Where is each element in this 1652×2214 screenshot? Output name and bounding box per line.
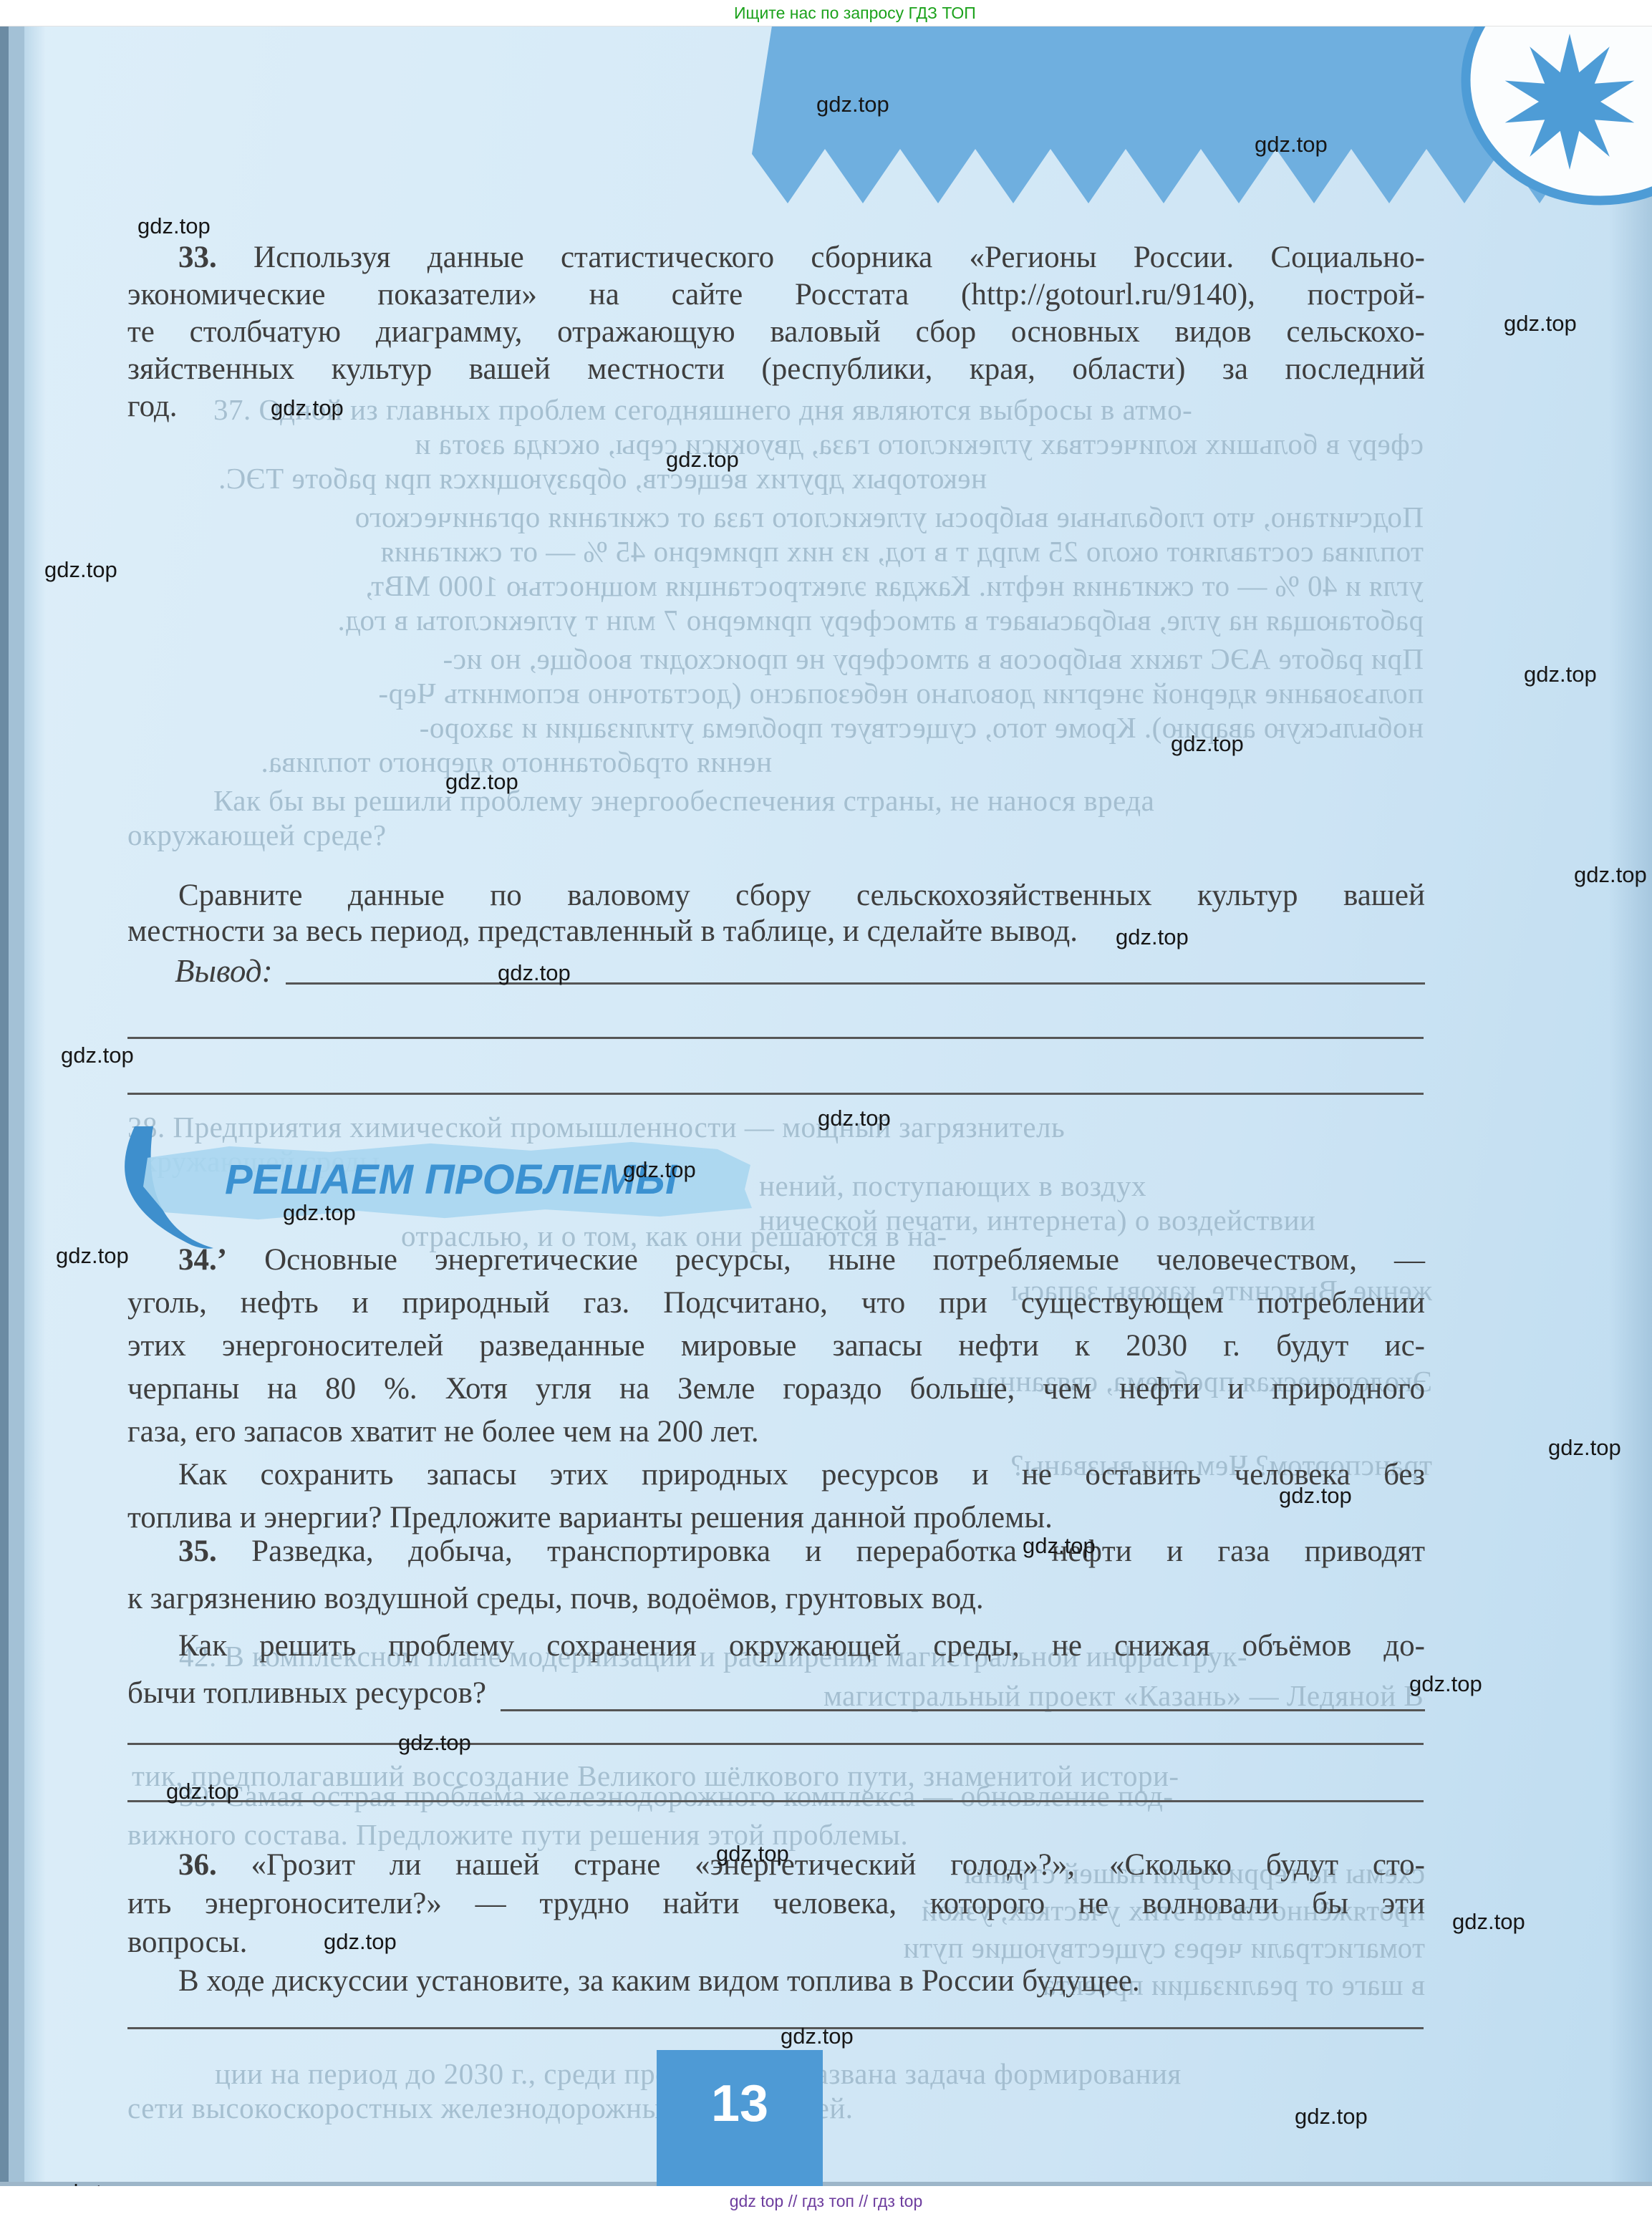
footer-note: gdz top // гдз топ // гдз top	[730, 2192, 923, 2211]
paper-sheet: 37. Одной из главных проблем сегодняшнег…	[0, 26, 1652, 2186]
text-line: этих энергоносителей разведанные мировые…	[127, 1325, 1425, 1368]
answer-line	[127, 1800, 1424, 1802]
watermark: gdz.top	[1504, 311, 1577, 337]
watermark: gdz.top	[271, 395, 344, 421]
text-line: Как сохранить запасы этих природных ресу…	[127, 1454, 1425, 1497]
text-line: 35. Разведка, добыча, транспортировка и …	[127, 1528, 1425, 1575]
text-line: газа, его запасов хватит не более чем на…	[127, 1411, 1425, 1454]
watermark: gdz.top	[1255, 132, 1328, 158]
show-through-text: нений, поступающих в воздух	[759, 1169, 1432, 1203]
show-through-text: пользование ядерной энергии довольно неб…	[127, 676, 1424, 710]
show-through-text: некоторых других веществ, образующихся п…	[127, 461, 987, 496]
page-number: 13	[711, 2074, 768, 2133]
text-line: 33. Используя данные статистического сбо…	[127, 239, 1425, 276]
show-through-text: угля и 40 % — от сжигания нефти. Каждая …	[127, 569, 1424, 603]
text-line: к загрязнению воздушной среды, почв, вод…	[127, 1575, 1425, 1623]
answer-line	[127, 1037, 1424, 1039]
browser-bottom-strip: gdz top // гдз топ // гдз top	[0, 2186, 1652, 2214]
exercise-34-text: 34.’ Основные энергетические ресурсы, ны…	[127, 1239, 1425, 1539]
show-through-text: работающая на угле, выбрасывает в атмосф…	[127, 603, 1424, 637]
show-through-text: Подсчитано, что глобальные выбросы углек…	[213, 500, 1424, 534]
watermark: gdz.top	[1452, 1909, 1525, 1935]
text-line: Как решить проблему сохранения окружающе…	[127, 1623, 1425, 1670]
show-through-text: ции на период до 2030 г., среди прочих з…	[215, 2056, 1432, 2091]
compare-task-text: Сравните данные по валовому сбору сельск…	[127, 878, 1425, 949]
exercise-35-text: 35. Разведка, добыча, транспортировка и …	[127, 1528, 1425, 1717]
watermark: gdz.top	[818, 1106, 891, 1131]
watermark: gdz.top	[1409, 1671, 1482, 1697]
watermark: gdz.top	[1116, 924, 1189, 950]
book-spine-shadow-light	[24, 26, 46, 2182]
seo-note-text: Ищите нас по запросу ГДЗ ТОП	[734, 4, 976, 23]
text-line: ить энергоносители?» — трудно найти чело…	[127, 1885, 1425, 1923]
watermark: gdz.top	[445, 769, 518, 795]
book-spine-shadow-mid	[9, 26, 24, 2182]
text-line: зяйственных культур вашей местности (рес…	[127, 351, 1425, 388]
watermark: gdz.top	[1524, 662, 1597, 687]
watermark: gdz.top	[1295, 2104, 1368, 2130]
text-line: вопросы.	[127, 1923, 1425, 1962]
text-line: черпаны на 80 %. Хотя угля на Земле гора…	[127, 1368, 1425, 1411]
show-through-text: Как бы вы решили проблему энергообеспече…	[213, 783, 1288, 818]
show-through-text: топлива составляют около 25 млрд т в год…	[127, 534, 1424, 569]
watermark: gdz.top	[816, 92, 889, 117]
show-through-text: сферу в больших количествах углекислого …	[127, 427, 1424, 461]
show-through-text: сети высокоскоростных железнодорожных ма…	[127, 2091, 1058, 2125]
page-number-box: 13	[657, 2050, 823, 2186]
watermark: gdz.top	[666, 447, 739, 473]
watermark: gdz.top	[1548, 1435, 1621, 1461]
exercise-36-text: 36. «Грозит ли нашей стране «энергетичес…	[127, 1846, 1425, 2001]
text-line: бычи топливных ресурсов?	[127, 1670, 1425, 1717]
page-right-shadow	[1609, 26, 1652, 2182]
answer-line	[127, 2027, 1424, 2029]
text-line: те столбчатую диаграмму, отражающую вало…	[127, 314, 1425, 351]
watermark: gdz.top	[1023, 1533, 1096, 1559]
watermark: gdz.top	[781, 2024, 854, 2049]
answer-line	[127, 1743, 1424, 1745]
watermark: gdz.top	[398, 1730, 471, 1756]
workbook-page-scan: Ищите нас по запросу ГДЗ ТОП 37. Одной и…	[0, 0, 1652, 2214]
watermark: gdz.top	[166, 1779, 239, 1804]
text-line: В ходе дискуссии установите, за каким ви…	[127, 1962, 1425, 2001]
conclusion-label: Вывод:	[175, 952, 273, 990]
watermark: gdz.top	[61, 1043, 134, 1068]
watermark: gdz.top	[283, 1200, 356, 1226]
conclusion-row: Вывод:	[127, 952, 1425, 990]
watermark: gdz.top	[623, 1157, 696, 1183]
watermark: gdz.top	[498, 960, 571, 986]
browser-top-strip: Ищите нас по запросу ГДЗ ТОП	[0, 0, 1652, 26]
show-through-text: 39. Самая острая проблема железнодорожно…	[179, 1779, 1396, 1813]
answer-line	[501, 1709, 1425, 1711]
answer-line	[127, 1093, 1424, 1095]
watermark: gdz.top	[137, 213, 211, 239]
watermark: gdz.top	[1279, 1483, 1352, 1509]
book-spine-shadow	[0, 26, 9, 2182]
text-line: 34.’ Основные энергетические ресурсы, ны…	[127, 1239, 1425, 1282]
section-banner-title: РЕШАЕМ ПРОБЛЕМЫ	[225, 1156, 677, 1204]
answer-line	[286, 982, 1425, 985]
watermark: gdz.top	[1171, 731, 1244, 757]
show-through-text: окружающей среде?	[127, 818, 629, 852]
text-line: Сравните данные по валовому сбору сельск…	[127, 878, 1425, 914]
watermark: gdz.top	[324, 1929, 397, 1955]
watermark: gdz.top	[56, 1243, 129, 1269]
text-line: экономические показатели» на сайте Росст…	[127, 276, 1425, 314]
text-line: уголь, нефть и природный газ. Подсчитано…	[127, 1282, 1425, 1325]
watermark: gdz.top	[44, 557, 117, 583]
watermark: gdz.top	[1574, 862, 1647, 888]
text-line: местности за весь период, представленный…	[127, 914, 1425, 949]
watermark: gdz.top	[716, 1841, 789, 1867]
show-through-text: При работе АЭС таких выбросов в атмосфер…	[213, 642, 1424, 676]
